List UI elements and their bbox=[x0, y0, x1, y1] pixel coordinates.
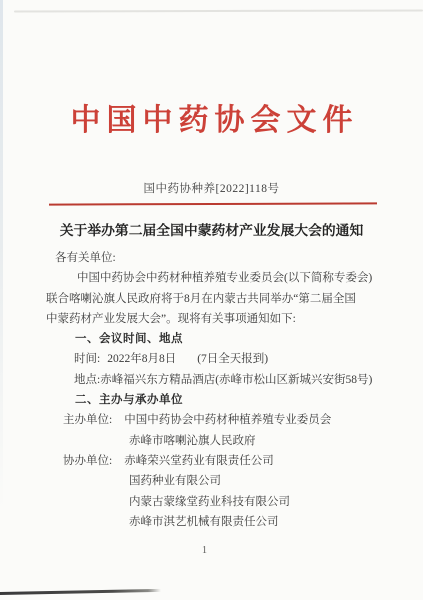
co-organizer-label: 协办单位: bbox=[63, 451, 112, 471]
scan-top-line-artifact bbox=[14, 9, 423, 12]
document-body: 各有关单位: 中国中药协会中药材种植养殖专业委员会(以下简称专委会) 联合喀喇沁… bbox=[50, 248, 389, 532]
co-organizer-unit: 赤峰市淇艺机械有限责任公司 bbox=[50, 512, 389, 532]
paragraph-line: 中蒙药材产业发展大会”。现将有关事项通知如下: bbox=[46, 309, 389, 329]
co-organizer-unit: 内蒙古蒙缘堂药业科技有限公司 bbox=[50, 492, 389, 512]
host-unit: 中国中药协会中药材种植养殖专业委员会 bbox=[124, 410, 331, 430]
co-organizer-unit: 赤峰荣兴堂药业有限责任公司 bbox=[124, 451, 274, 471]
org-header-title: 中国中药协会文件 bbox=[0, 95, 423, 139]
place-value: 赤峰福兴东方精品酒店(赤峰市松山区新城兴安街58号) bbox=[100, 370, 372, 390]
notice-title: 关于举办第二届全国中蒙药材产业发展大会的通知 bbox=[0, 219, 423, 239]
co-organizer-unit: 国药种业有限公司 bbox=[50, 471, 389, 491]
section-heading-organizers: 二、主办与承办单位 bbox=[50, 390, 389, 410]
doc-reference-number: 国中药协种养[2022]118号 bbox=[0, 180, 423, 196]
place-label: 地点: bbox=[74, 370, 100, 390]
meeting-time-row: 时间:2022年8月8日(7日全天报到) bbox=[50, 349, 389, 369]
spacer bbox=[100, 349, 107, 369]
time-note: (7日全天报到) bbox=[197, 349, 268, 369]
page-number: 1 bbox=[0, 545, 409, 556]
host-units-row: 主办单位: 中国中药协会中药材种植养殖专业委员会 bbox=[50, 410, 389, 430]
time-label: 时间: bbox=[74, 349, 100, 369]
spacer bbox=[176, 349, 197, 369]
host-unit: 赤峰市喀喇沁旗人民政府 bbox=[50, 431, 389, 451]
red-divider-rule bbox=[49, 202, 377, 205]
scan-bottom-line-artifact bbox=[0, 589, 161, 595]
scan-left-edge-artifact bbox=[0, 0, 3, 600]
host-label: 主办单位: bbox=[63, 410, 112, 430]
scanned-document-page: 中国中药协会文件 国中药协种养[2022]118号 关于举办第二届全国中蒙药材产… bbox=[0, 0, 423, 600]
co-organizer-units-row: 协办单位: 赤峰荣兴堂药业有限责任公司 bbox=[50, 451, 389, 471]
salutation: 各有关单位: bbox=[50, 248, 389, 268]
meeting-place-row: 地点:赤峰福兴东方精品酒店(赤峰市松山区新城兴安街58号) bbox=[50, 370, 389, 390]
section-heading-time-place: 一、会议时间、地点 bbox=[50, 329, 389, 349]
paragraph-line: 联合喀喇沁旗人民政府将于8月在内蒙古共同举办“第二届全国 bbox=[46, 289, 389, 309]
time-value: 2022年8月8日 bbox=[107, 349, 176, 369]
paragraph-line: 中国中药协会中药材种植养殖专业委员会(以下简称专委会) bbox=[50, 268, 389, 288]
